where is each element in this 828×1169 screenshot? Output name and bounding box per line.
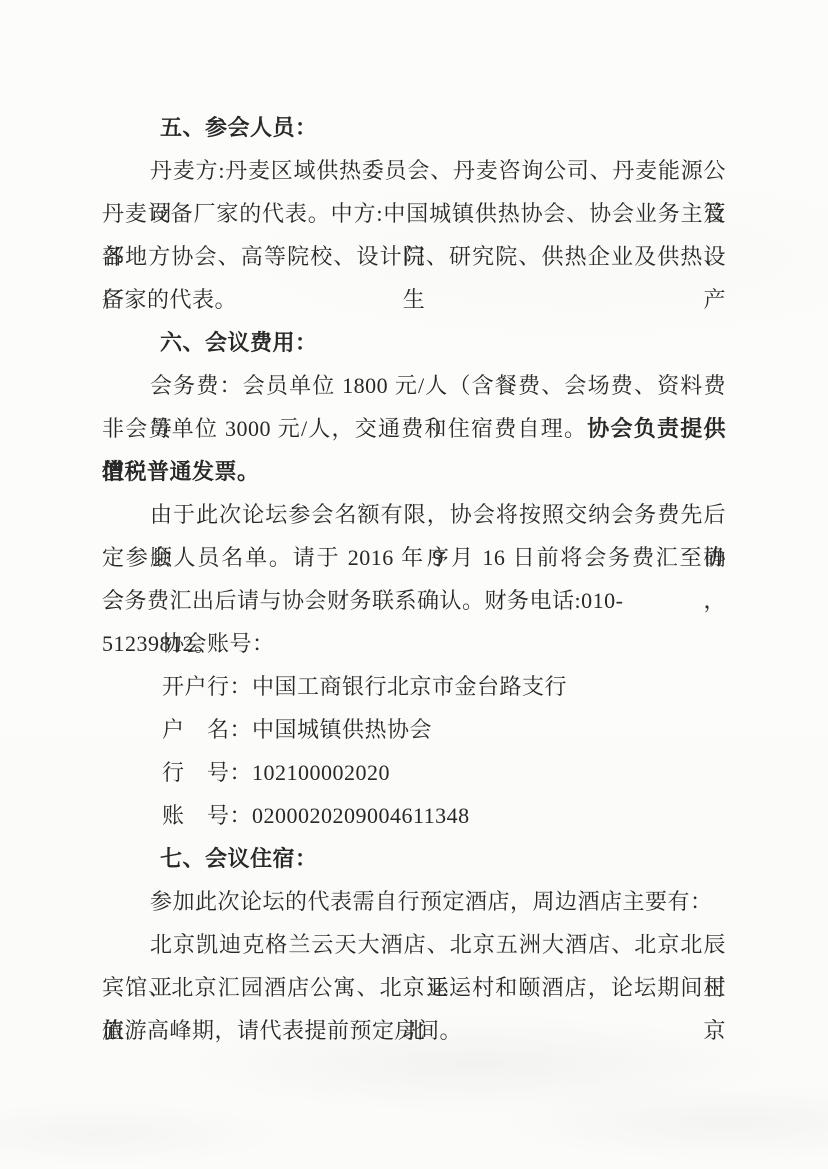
text-segment: 账 号：0200020209004611348 xyxy=(162,803,470,828)
text-segment: 七、会议住宿： xyxy=(160,846,318,871)
text-segment: 户 名：中国城镇供热协会 xyxy=(162,717,432,742)
text-segment: 旅游高峰期，请代表提前预定房间。 xyxy=(102,1018,462,1043)
document-page: 五、参会人员：丹麦方:丹麦区域供热委员会、丹麦咨询公司、丹麦能源公司及丹麦设备厂… xyxy=(0,0,828,1169)
payment-line-2: 定参会人员名单。请于 2016 年 9 月 16 日前将会务费汇至协会， xyxy=(102,536,726,579)
account-bank: 开户行：中国工商银行北京市金台路支行 xyxy=(102,665,726,708)
account-title: 协会账号： xyxy=(102,622,726,665)
fees-line-1: 会务费：会员单位 1800 元/人（含餐费、会场费、资料费等）， xyxy=(102,364,726,407)
text-segment: 开户行：中国工商银行北京市金台路支行 xyxy=(162,674,567,699)
document-lines: 五、参会人员：丹麦方:丹麦区域供热委员会、丹麦咨询公司、丹麦能源公司及丹麦设备厂… xyxy=(102,106,726,1052)
text-segment: 六、会议费用： xyxy=(160,330,318,355)
account-bank-number: 行 号：102100002020 xyxy=(102,751,726,794)
participants-line-2: 丹麦设备厂家的代表。中方:中国城镇供热协会、协会业务主管部门、 xyxy=(102,192,726,235)
fees-line-2: 非会员单位 3000 元/人，交通费和住宿费自理。协会负责提供增 xyxy=(102,407,726,450)
participants-line-3: 各地方协会、高等院校、设计院、研究院、供热企业及供热设备生产 xyxy=(102,235,726,278)
text-segment: 五、参会人员： xyxy=(160,115,318,140)
lodging-line-3: 宾馆、北京汇园酒店公寓、北京亚运村和颐酒店，论坛期间正值北京 xyxy=(102,966,726,1009)
fees-line-3: 值税普通发票。 xyxy=(102,450,726,493)
lodging-line-1: 参加此次论坛的代表需自行预定酒店，周边酒店主要有： xyxy=(102,880,726,923)
section-6-heading: 六、会议费用： xyxy=(102,321,726,364)
account-name: 户 名：中国城镇供热协会 xyxy=(102,708,726,751)
section-5-heading: 五、参会人员： xyxy=(102,106,726,149)
text-segment: 厂家的代表。 xyxy=(102,287,237,312)
text-segment: 协会账号： xyxy=(162,631,275,656)
text-segment: 值税普通发票。 xyxy=(102,459,260,484)
lodging-line-2: 北京凯迪克格兰云天大酒店、北京五洲大酒店、北京北辰亚运村 xyxy=(102,923,726,966)
account-number: 账 号：0200020209004611348 xyxy=(102,794,726,837)
text-segment: 行 号：102100002020 xyxy=(162,760,390,785)
participants-line-1: 丹麦方:丹麦区域供热委员会、丹麦咨询公司、丹麦能源公司及 xyxy=(102,149,726,192)
section-7-heading: 七、会议住宿： xyxy=(102,837,726,880)
text-segment: 非会员单位 3000 元/人，交通费和住宿费自理。 xyxy=(102,416,587,441)
text-segment: 参加此次论坛的代表需自行预定酒店，周边酒店主要有： xyxy=(150,889,713,914)
payment-line-1: 由于此次论坛参会名额有限，协会将按照交纳会务费先后顺序确 xyxy=(102,493,726,536)
